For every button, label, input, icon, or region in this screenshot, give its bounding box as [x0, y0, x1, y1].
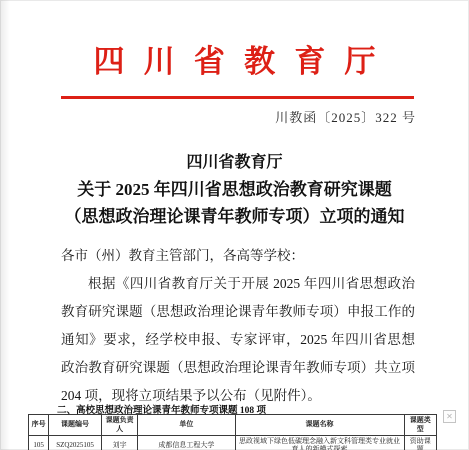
col-header-name: 课题名称 [235, 415, 404, 436]
cell-leader: 刘宇 [101, 435, 137, 450]
cell-type: 资助课题 [404, 435, 436, 450]
letterhead-divider [61, 96, 414, 99]
agency-letterhead: 四川省教育厅 [0, 36, 469, 81]
notice-title-line1: 四川省教育厅 [0, 149, 469, 176]
cell-seq: 105 [29, 435, 49, 450]
table-header-row: 序号 课题编号 课题负责人 单位 课题名称 课题类型 [29, 415, 437, 436]
notice-title-line2: 关于 2025 年四川省思想政治教育研究课题 [0, 176, 469, 203]
cell-unit: 成都信息工程大学 [138, 435, 235, 450]
document-number: 川教函〔2025〕322 号 [275, 107, 416, 126]
notice-body: 各市（州）教育主管部门，各高等学校： 根据《四川省教育厅关于开展 2025 年四… [61, 242, 415, 410]
notice-title: 四川省教育厅 关于 2025 年四川省思想政治教育研究课题 （思想政治理论课青年… [0, 149, 469, 230]
col-header-type: 课题类型 [404, 415, 436, 436]
close-icon[interactable]: ✕ [443, 410, 456, 423]
salutation: 各市（州）教育主管部门，各高等学校： [61, 242, 415, 270]
col-header-leader: 课题负责人 [101, 415, 137, 436]
table-row: 105 SZQ2025105 刘宇 成都信息工程大学 思政视域下绿色低碳理念融入… [29, 435, 437, 450]
col-header-code: 课题编号 [49, 415, 102, 436]
body-paragraph: 根据《四川省教育厅关于开展 2025 年四川省思想政治教育研究课题（思想政治理论… [61, 270, 415, 410]
official-document-page: 四川省教育厅 川教函〔2025〕322 号 四川省教育厅 关于 2025 年四川… [0, 0, 469, 450]
notice-title-line3: （思想政治理论课青年教师专项）立项的通知 [0, 203, 469, 230]
project-results-table: 序号 课题编号 课题负责人 单位 课题名称 课题类型 105 SZQ202510… [28, 414, 437, 450]
col-header-seq: 序号 [29, 415, 49, 436]
col-header-unit: 单位 [138, 415, 235, 436]
cell-code: SZQ2025105 [49, 435, 102, 450]
cell-topic-name: 思政视域下绿色低碳理念融入新文科管理类专业就业育人的新模式探索 [235, 435, 404, 450]
